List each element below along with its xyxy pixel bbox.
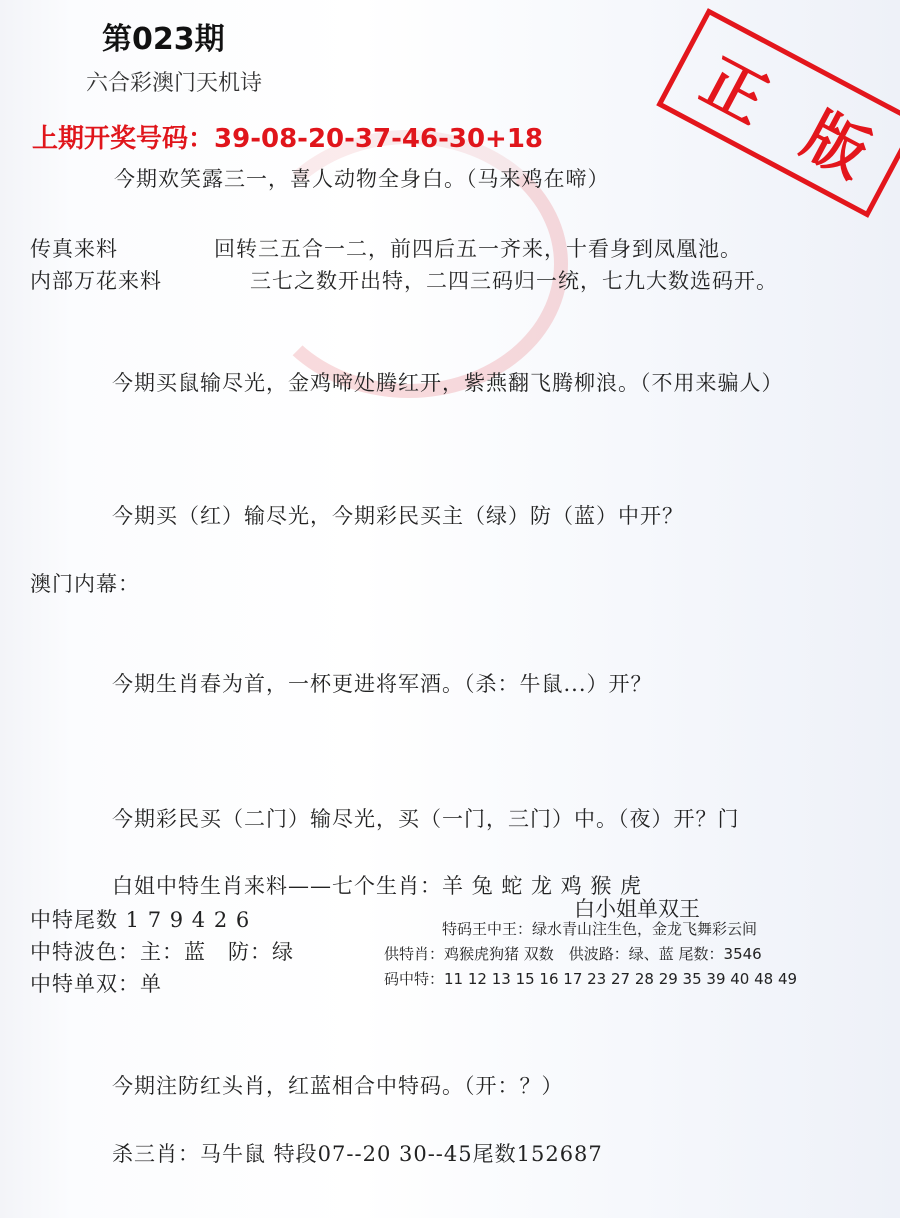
box-zodiac-wave: 供特肖：鸡猴虎狗猪 双数 供波路：绿、蓝 尾数：3546 <box>384 943 762 964</box>
internal-text: 三七之数开出特，二四三码归一统，七九大数选码开。 <box>250 265 778 295</box>
stamp-char-2: 版 <box>790 86 887 194</box>
box-special-code: 特码王中王：绿水青山注生色，金龙飞舞彩云间 <box>442 918 757 939</box>
macau-inside-label: 澳门内幕： <box>30 568 140 598</box>
last-draw-numbers: 39-08-20-37-46-30+18 <box>214 124 543 154</box>
wave-color: 中特波色：主：蓝 防：绿 <box>30 936 294 966</box>
box-code-list: 码中特：11 12 13 15 16 17 23 27 28 29 35 39 … <box>384 968 797 989</box>
poem-line-3: 今期买（红）输尽光，今期彩民买主（绿）防（蓝）中开？ <box>112 500 684 530</box>
last-draw-result: 上期开奖号码：39-08-20-37-46-30+18 <box>32 118 543 155</box>
fax-text: 回转三五合一二，前四后五一齐来，十看身到凤凰池。 <box>214 233 742 263</box>
poem-line-7: 今期注防红头肖，红蓝相合中特码。（开：？） <box>112 1070 564 1100</box>
poem-line-5: 今期彩民买（二门）输尽光，买（一门，三门）中。（夜）开？门 <box>112 803 740 833</box>
kill-three-zodiac: 杀三肖：马牛鼠 特段07--20 30--45尾数152687 <box>112 1138 603 1168</box>
tail-numbers: 中特尾数 1 7 9 4 2 6 <box>30 904 250 934</box>
last-draw-label: 上期开奖号码： <box>32 124 214 154</box>
page-subtitle: 六合彩澳门天机诗 <box>86 66 262 97</box>
issue-number-title: 第023期 <box>102 14 225 58</box>
fax-label: 传真来料 <box>30 233 118 263</box>
zodiac-line: 白姐中特生肖来料——七个生肖：羊 兔 蛇 龙 鸡 猴 虎 <box>112 870 642 900</box>
poem-line-4: 今期生肖春为首，一杯更进将军酒。（杀：牛鼠...）开？ <box>112 668 653 698</box>
stamp-char-1: 正 <box>689 32 786 140</box>
poem-line-2: 今期买鼠输尽光，金鸡啼处腾红开，紫燕翻飞腾柳浪。（不用来骗人） <box>112 367 784 397</box>
poem-line-1: 今期欢笑露三一，喜人动物全身白。（马来鸡在啼） <box>114 163 610 193</box>
authentic-stamp-icon: 正 版 <box>656 8 900 218</box>
odd-even: 中特单双：单 <box>30 968 162 998</box>
internal-label: 内部万花来料 <box>30 265 162 295</box>
